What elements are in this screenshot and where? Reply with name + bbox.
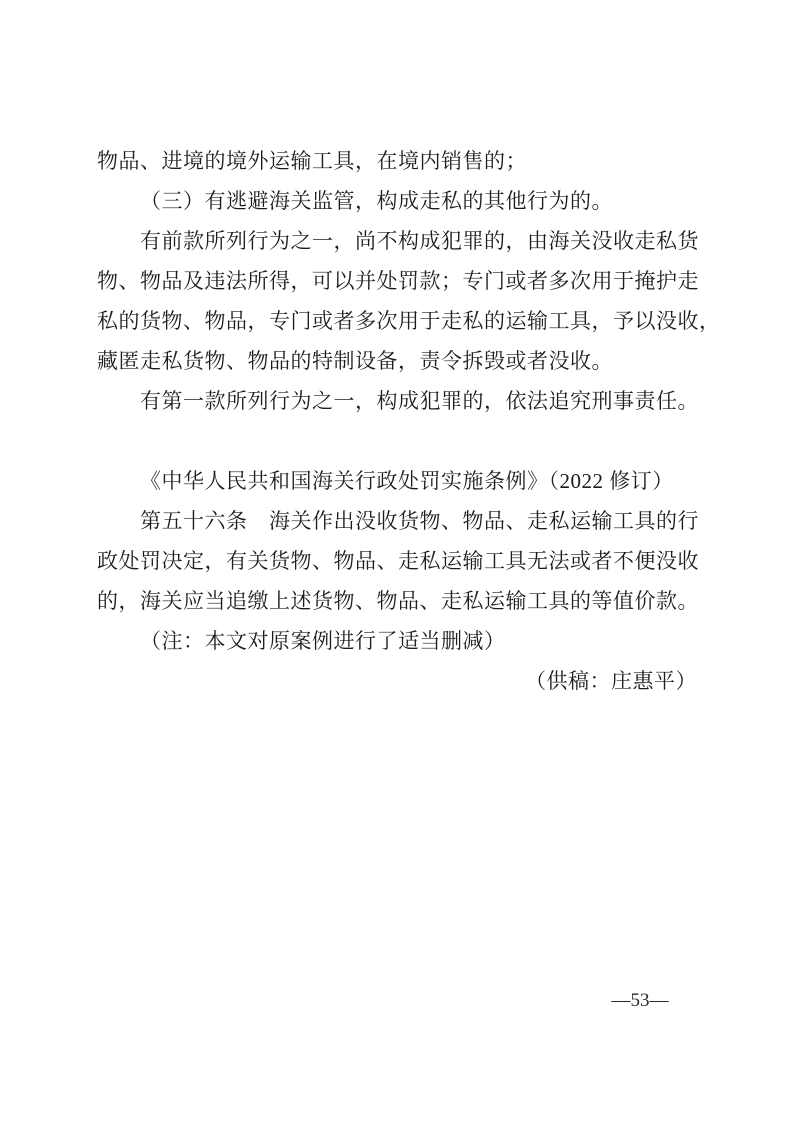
text-line: 物、物品及违法所得，可以并处罚款；专门或者多次用于掩护走 <box>97 261 697 301</box>
text-line-article-56: 第五十六条 海关作出没收货物、物品、走私运输工具的行 <box>97 501 697 541</box>
text-line: 藏匿走私货物、物品的特制设备，责令拆毁或者没收。 <box>97 341 697 381</box>
text-line: 的，海关应当追缴上述货物、物品、走私运输工具的等值价款。 <box>97 581 697 621</box>
text-line: 有前款所列行为之一，尚不构成犯罪的，由海关没收走私货 <box>97 221 697 261</box>
text-line-contributor: （供稿：庄惠平） <box>97 661 697 701</box>
page-number: —53— <box>560 988 720 1014</box>
text-line: 私的货物、物品，专门或者多次用于走私的运输工具，予以没收， <box>97 301 697 341</box>
text-line: 政处罚决定，有关货物、物品、走私运输工具无法或者不便没收 <box>97 541 697 581</box>
text-line: （三）有逃避海关监管，构成走私的其他行为的。 <box>97 181 697 221</box>
blank-line <box>97 421 697 461</box>
document-text-block: 物品、进境的境外运输工具，在境内销售的； （三）有逃避海关监管，构成走私的其他行… <box>97 141 697 701</box>
text-line-editor-note: （注：本文对原案例进行了适当删减） <box>97 621 697 661</box>
text-line: 有第一款所列行为之一，构成犯罪的，依法追究刑事责任。 <box>97 381 697 421</box>
text-line-regulation-title: 《中华人民共和国海关行政处罚实施条例》（2022 修订） <box>97 461 697 501</box>
text-line: 物品、进境的境外运输工具，在境内销售的； <box>97 141 697 181</box>
document-page: 物品、进境的境外运输工具，在境内销售的； （三）有逃避海关监管，构成走私的其他行… <box>0 0 793 1122</box>
